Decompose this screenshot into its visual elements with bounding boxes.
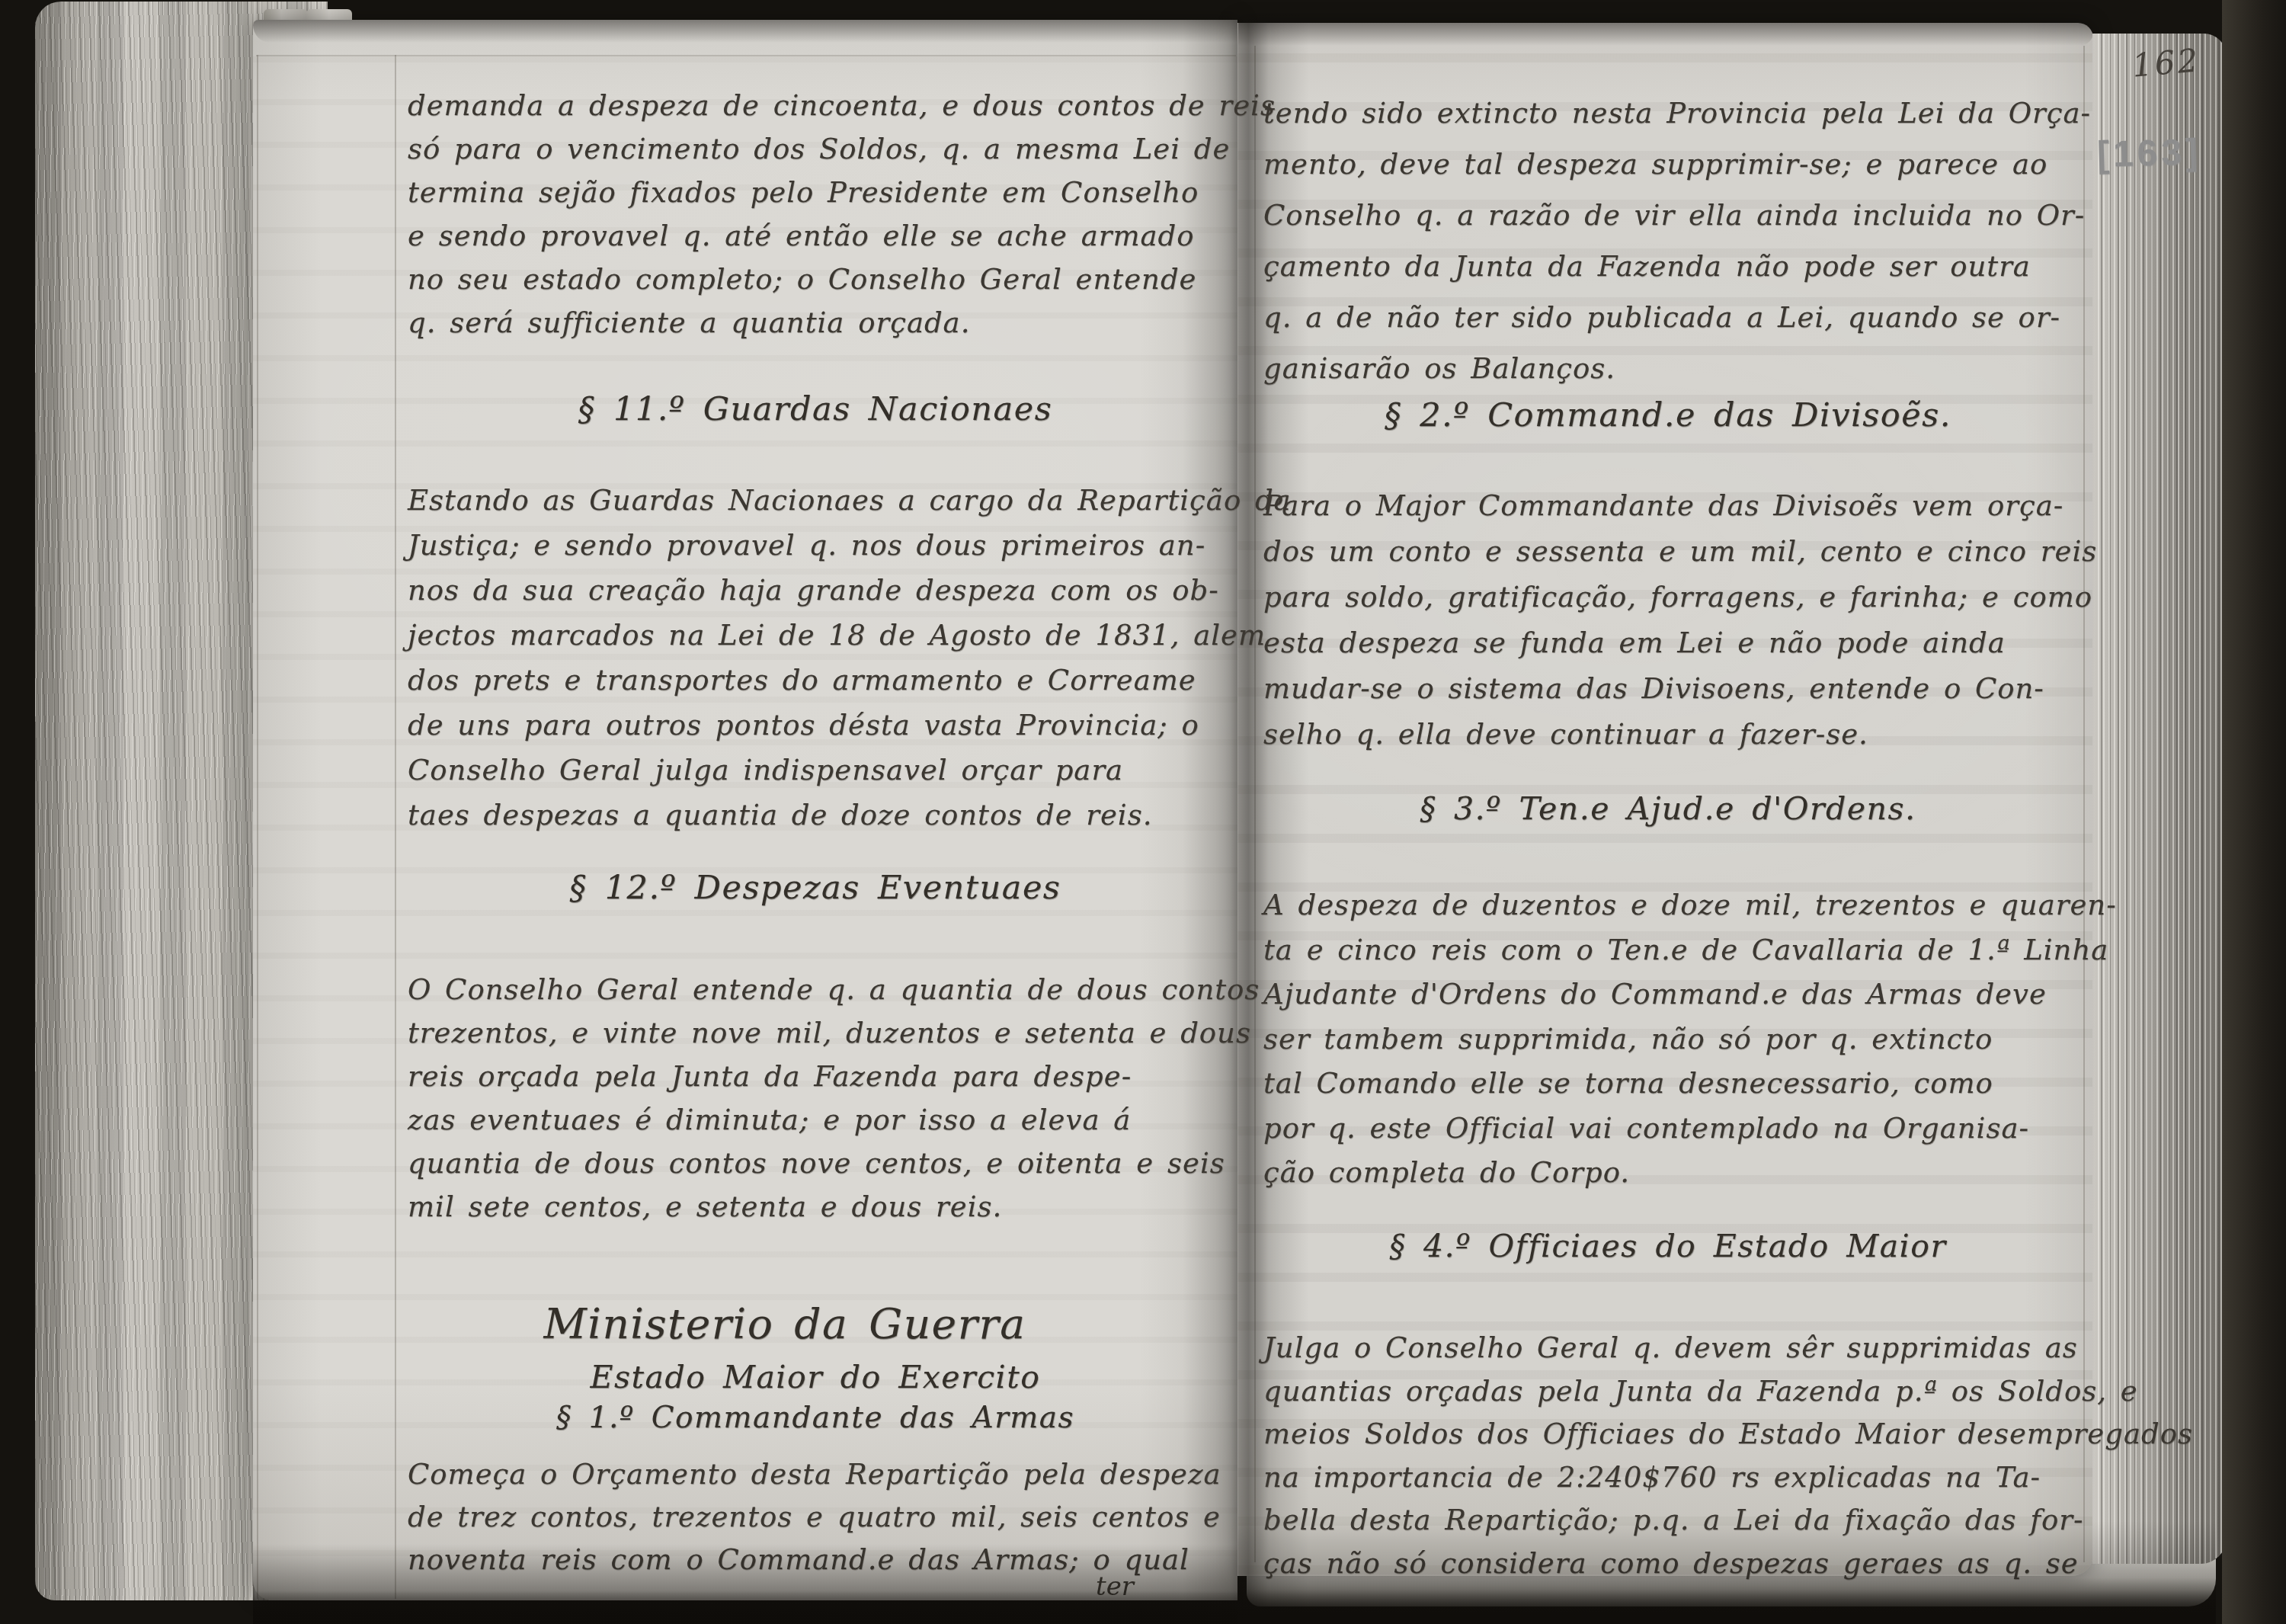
- margin-rule-left-page: [395, 55, 396, 1599]
- manuscript-line: tendo sido extincto nesta Provincia pela…: [1263, 88, 2073, 139]
- manuscript-line: ças não só considera como despezas gerae…: [1263, 1542, 2073, 1586]
- manuscript-line: Conselho Geral julga indispensavel orçar…: [408, 748, 1223, 793]
- top-rule-left-page: [256, 55, 1236, 56]
- section-12-heading: § 12.º Despezas Eventuaes: [408, 869, 1223, 907]
- manuscript-line: Estando as Guardas Nacionaes a cargo da …: [408, 478, 1223, 523]
- manuscript-line: ção completa do Corpo.: [1263, 1151, 2073, 1196]
- manuscript-line: só para o vencimento dos Soldos, q. a me…: [408, 127, 1223, 171]
- manuscript-line: q. será sufficiente a quantia orçada.: [408, 301, 1223, 344]
- manuscript-line: meios Soldos dos Officiaes do Estado Mai…: [1263, 1413, 2073, 1456]
- page-top-shadow: [1238, 23, 2093, 46]
- manuscript-line: de uns para outros pontos désta vasta Pr…: [408, 703, 1223, 748]
- manuscript-line: zas eventuaes é diminuta; e por isso a e…: [408, 1098, 1223, 1142]
- ministry-title: Ministerio da Guerra: [377, 1299, 1193, 1348]
- manuscript-line: demanda a despeza de cincoenta, e dous c…: [408, 84, 1223, 127]
- manuscript-line: ta e cinco reis com o Ten.e de Cavallari…: [1263, 928, 2073, 973]
- margin-rule-right-page: [1254, 46, 1256, 1562]
- section-12-paragraph: O Conselho Geral entende q. a quantia de…: [408, 968, 1223, 1228]
- section-4-heading: § 4.º Officiaes do Estado Maior: [1263, 1228, 2073, 1264]
- manuscript-line: Começa o Orçamento desta Repartição pela…: [408, 1453, 1223, 1496]
- manuscript-line: Justiça; e sendo provavel q. nos dous pr…: [408, 523, 1223, 568]
- fold-rule-left-page: [257, 55, 258, 1599]
- manuscript-line: mento, deve tal despeza supprimir-se; e …: [1263, 139, 2073, 190]
- manuscript-line: A despeza de duzentos e doze mil, trezen…: [1263, 883, 2073, 928]
- manuscript-line: esta despeza se funda em Lei e não pode …: [1263, 620, 2073, 666]
- folio-stamp: [163]: [2096, 131, 2201, 176]
- manuscript-line: Conselho q. a razão de vir ella ainda in…: [1263, 190, 2073, 241]
- manuscript-book-scan: demanda a despeza de cincoenta, e dous c…: [0, 0, 2286, 1624]
- page-top-shadow: [253, 20, 1237, 43]
- section-1-paragraph: Começa o Orçamento desta Repartição pela…: [408, 1453, 1223, 1581]
- manuscript-line: selho q. ella deve continuar a fazer-se.: [1263, 712, 2073, 758]
- manuscript-line: ganisarão os Balanços.: [1263, 343, 2073, 394]
- catchword: ter: [1096, 1571, 1134, 1602]
- manuscript-line: de trez contos, trezentos e quatro mil, …: [408, 1496, 1223, 1539]
- manuscript-line: q. a de não ter sido publicada a Lei, qu…: [1263, 292, 2073, 343]
- manuscript-line: çamento da Junta da Fazenda não pode ser…: [1263, 241, 2073, 292]
- manuscript-line: no seu estado completo; o Conselho Geral…: [408, 258, 1223, 301]
- manuscript-line: reis orçada pela Junta da Fazenda para d…: [408, 1055, 1223, 1098]
- manuscript-line: por q. este Official vai contemplado na …: [1263, 1107, 2073, 1152]
- manuscript-line: dos um conto e sessenta e um mil, cento …: [1263, 529, 2073, 575]
- section-2-heading: § 2.º Command.e das Divisoẽs.: [1263, 396, 2073, 434]
- manuscript-line: na importancia de 2:240$760 rs explicada…: [1263, 1456, 2073, 1500]
- manuscript-line: mudar-se o sistema das Divisoens, entend…: [1263, 666, 2073, 712]
- section-4-paragraph: Julga o Conselho Geral q. devem sêr supp…: [1263, 1327, 2073, 1585]
- left-paragraph-top: demanda a despeza de cincoenta, e dous c…: [408, 84, 1223, 344]
- manuscript-line: dos prets e transportes do armamento e C…: [408, 658, 1223, 703]
- manuscript-line: e sendo provavel q. até então elle se ac…: [408, 214, 1223, 258]
- folio-page-number: 162: [2131, 41, 2201, 85]
- manuscript-line: quantia de dous contos nove centos, e oi…: [408, 1142, 1223, 1185]
- manuscript-line: para soldo, gratificação, forragens, e f…: [1263, 575, 2073, 620]
- manuscript-line: Para o Major Commandante das Divisoẽs ve…: [1263, 483, 2073, 529]
- ministry-subtitle: Estado Maior do Exercito: [408, 1359, 1223, 1395]
- manuscript-line: nos da sua creação haja grande despeza c…: [408, 568, 1223, 613]
- manuscript-line: termina sejão fixados pelo Presidente em…: [408, 171, 1223, 214]
- section-1-heading: § 1.º Commandante das Armas: [408, 1401, 1223, 1435]
- manuscript-line: O Conselho Geral entende q. a quantia de…: [408, 968, 1223, 1011]
- right-margin-rule-right-page: [2083, 46, 2085, 1562]
- section-11-paragraph: Estando as Guardas Nacionaes a cargo da …: [408, 478, 1223, 838]
- manuscript-line: Ajudante d'Ordens do Command.e das Armas…: [1263, 972, 2073, 1017]
- right-paragraph-top: tendo sido extincto nesta Provincia pela…: [1263, 88, 2073, 394]
- manuscript-line: bella desta Repartição; p.q. a Lei da fi…: [1263, 1499, 2073, 1542]
- manuscript-line: ser tambem supprimida, não só por q. ext…: [1263, 1017, 2073, 1062]
- section-3-heading: § 3.º Ten.e Ajud.e d'Ordens.: [1263, 790, 2073, 827]
- right-page-edge-stack: [2092, 34, 2227, 1564]
- manuscript-line: Julga o Conselho Geral q. devem sêr supp…: [1263, 1327, 2073, 1370]
- section-3-paragraph: A despeza de duzentos e doze mil, trezen…: [1263, 883, 2073, 1196]
- section-2-paragraph: Para o Major Commandante das Divisoẽs ve…: [1263, 483, 2073, 758]
- section-11-heading: § 11.º Guardas Nacionaes: [408, 390, 1223, 428]
- manuscript-line: mil sete centos, e setenta e dous reis.: [408, 1185, 1223, 1228]
- manuscript-line: trezentos, e vinte nove mil, duzentos e …: [408, 1011, 1223, 1055]
- book-cover-right: [2222, 0, 2286, 1624]
- manuscript-line: tal Comando elle se torna desnecessario,…: [1263, 1062, 2073, 1107]
- manuscript-line: jectos marcados na Lei de 18 de Agosto d…: [408, 613, 1223, 658]
- manuscript-line: taes despezas a quantia de doze contos d…: [408, 793, 1223, 838]
- manuscript-line: quantias orçadas pela Junta da Fazenda p…: [1263, 1370, 2073, 1414]
